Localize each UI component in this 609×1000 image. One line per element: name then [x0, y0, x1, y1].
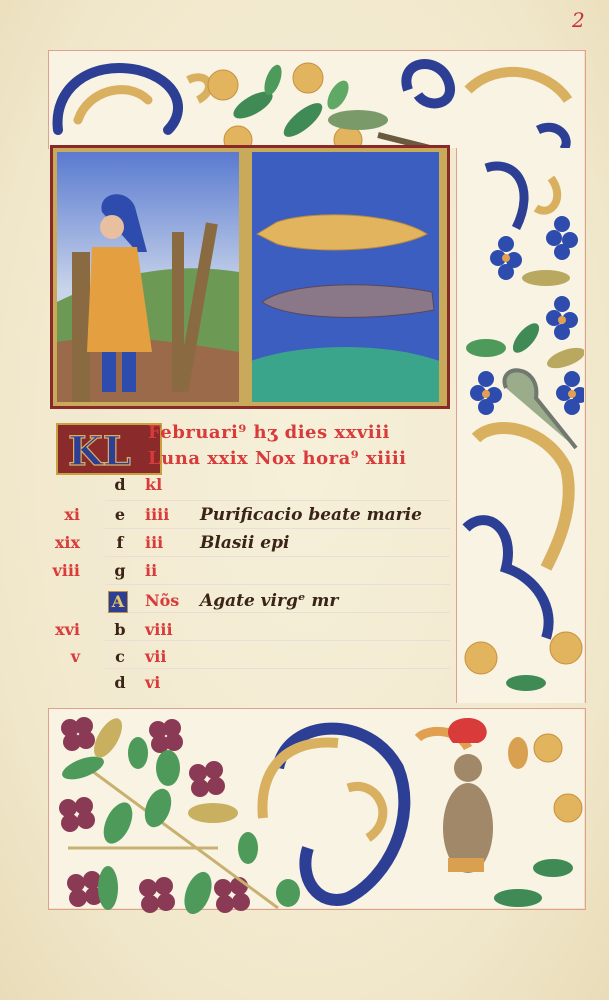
folio-number: 2 [572, 8, 585, 32]
roman-date: vi [145, 673, 160, 692]
golden-number: viii [40, 561, 80, 580]
golden-number: xvi [40, 620, 80, 639]
top-border-decoration [48, 50, 584, 150]
calendar-row: d kl [0, 475, 609, 503]
roman-date: viii [145, 620, 173, 639]
calendar-row: xix f iii Blasii epi [0, 533, 609, 561]
dominical-letter: f [110, 533, 130, 552]
feast: Purificacio beate marie [200, 505, 422, 525]
dominical-letter: d [110, 673, 130, 692]
zodiac-pisces-miniature [252, 152, 439, 402]
golden-number: xi [40, 505, 80, 524]
calendar-row: v c vii [0, 647, 609, 675]
feast: Blasii epi [200, 533, 289, 553]
dominical-letter: b [110, 620, 130, 639]
golden-number: xix [40, 533, 80, 552]
roman-date: ii [145, 561, 157, 580]
roman-date: vii [145, 647, 166, 666]
calendar-row: d vi [0, 673, 609, 701]
roman-date: iiii [145, 505, 169, 524]
labour-miniature [57, 152, 239, 402]
golden-number: v [40, 647, 80, 666]
roman-date-nones: Nõs [145, 591, 179, 610]
dominical-letter: e [110, 505, 130, 524]
decorated-initial-kl: KL [56, 423, 162, 475]
heading-line-1: Februari⁹ hʒ dies xxviii [148, 420, 407, 446]
bottom-border-decoration [48, 708, 584, 938]
calendar-row: viii g ii [0, 561, 609, 589]
dominical-letter-a-initial: A [108, 591, 128, 613]
roman-date: kl [145, 475, 162, 494]
feast: Agate virgᵉ mr [200, 591, 338, 611]
calendar-heading: Februari⁹ hʒ dies xxviii Luna xxix Nox h… [148, 420, 407, 472]
calendar-row: A Nõs Agate virgᵉ mr [0, 591, 609, 619]
dominical-letter: g [110, 561, 130, 580]
calendar-row: xvi b viii [0, 620, 609, 648]
dominical-letter: d [110, 475, 130, 494]
roman-date: iii [145, 533, 163, 552]
initial-letters: KL [68, 428, 131, 473]
calendar-row: xi e iiii Purificacio beate marie [0, 505, 609, 533]
dominical-letter: c [110, 647, 130, 666]
heading-line-2: Luna xxix Nox hora⁹ xiiii [148, 446, 407, 472]
